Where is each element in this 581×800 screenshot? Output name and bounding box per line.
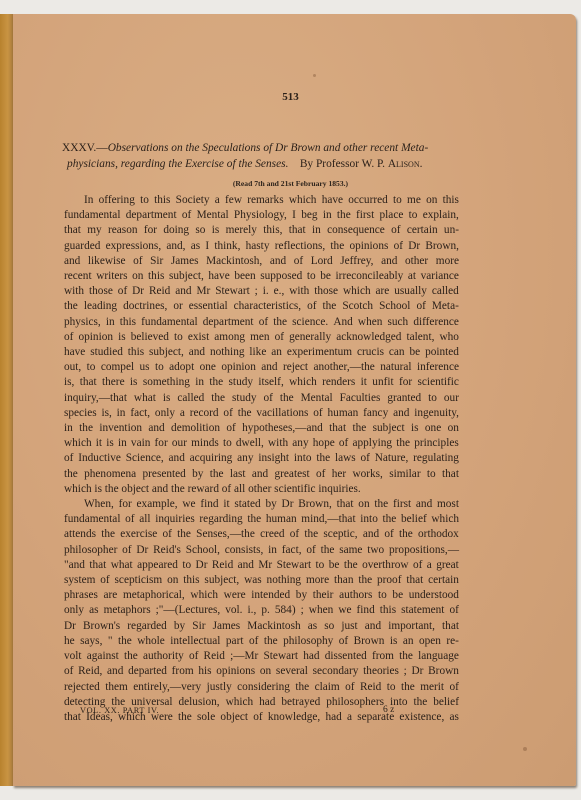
text-line: onlyasmetaphors;"—(Lectures,vol.i.,p.584…: [64, 603, 459, 618]
text-line: physics,inthisfundamentaldepartmentofthe…: [64, 315, 459, 330]
text-line: hesays,"thewholeintellectualpartofthephi…: [64, 634, 459, 649]
text-line: speciesis,infact,onlyarecordofthevacilla…: [64, 406, 459, 421]
text-line: whichitisinvainforourmindstodwell,withan…: [64, 436, 459, 451]
text-line: thephenomenapresentedbythelastandgreates…: [64, 467, 459, 482]
text-line: recentwritersonthissubject,havebeensuppo…: [64, 269, 459, 284]
text-line: guardedexpressions,and,asIthink,hastyref…: [64, 239, 459, 254]
text-line: withthoseofDrReidandMrStewart;i.e.,witht…: [64, 284, 459, 299]
text-line: ofReid,anddepartedfromhisopinionsonsever…: [64, 664, 459, 679]
text-line: andlikewiseofSirJamesMackintosh,andofLor…: [64, 254, 459, 269]
text-line: voltagainsttheauthorityofReid;—MrStewart…: [64, 649, 459, 664]
volume-footer: VOL. XX. PART IV.: [80, 706, 159, 715]
article-numeral: XXXV.—: [62, 142, 108, 154]
byline-prefix: By Professor W. P.: [300, 158, 388, 170]
text-line: attendstheexerciseoftheSenses,—thecreedo…: [64, 527, 459, 542]
title-line-2: physicians, regarding the Exercise of th…: [67, 158, 288, 170]
text-line: fundamentalofallinquiriesregardingthehum…: [64, 512, 459, 527]
text-line: thatmyreasonfordoingsoismerelythis,thati…: [64, 223, 459, 238]
text-line: DrBrown'sregardedbySirJamesMackintoshass…: [64, 619, 459, 634]
signature-mark: 6 z: [383, 705, 394, 715]
text-line: fundamentaldepartmentofMentalPhysiology,…: [64, 208, 459, 223]
article-title: XXXV.—Observations on the Speculations o…: [62, 140, 462, 172]
title-line-1: Observations on the Speculations of Dr B…: [108, 142, 429, 154]
text-line: theleadingdoctrines,oressentialcharacter…: [64, 299, 459, 314]
text-line: phrasesaremetaphorical,whichwereintended…: [64, 588, 459, 603]
text-line: rejectedthementirely,—veryjustlyconsider…: [64, 680, 459, 695]
body-text: InofferingtothisSocietyafewremarkswhichh…: [64, 193, 459, 725]
paper-stain: [523, 747, 527, 751]
text-line: which is the object and the reward of al…: [64, 482, 459, 497]
book-spine-edge: [0, 14, 13, 786]
read-date: (Read 7th and 21st February 1853.): [0, 179, 581, 188]
text-line: "andthatwhatappearedtoDrReidandMrStewart…: [64, 558, 459, 573]
text-line: philosopherofDrReid'sSchool,consists,inf…: [64, 543, 459, 558]
text-line: ofopinionisbelievedtoexistamongmenofgene…: [64, 330, 459, 345]
text-line: InofferingtothisSocietyafewremarkswhichh…: [64, 193, 459, 208]
text-line: intheinventionanddemolitionofhypotheses,…: [64, 421, 459, 436]
text-line: out,tocompelustoadoptoneopinionandreject…: [64, 360, 459, 375]
byline-end: .: [420, 158, 423, 170]
page-number: 513: [0, 91, 581, 103]
text-line: havestudiedthissubject,andnothinglikeane…: [64, 345, 459, 360]
text-line: systemofscepticismonthissubject,wasnothi…: [64, 573, 459, 588]
text-line: is,thatthereissomethinginthestudyitself,…: [64, 375, 459, 390]
text-line: inquiry,—thatwhatiscalledthestudyoftheMe…: [64, 391, 459, 406]
byline-author: Alison: [388, 158, 420, 170]
text-line: When,forexample,wefinditstatedbyDrBrown,…: [64, 497, 459, 512]
paper-stain: [313, 74, 316, 77]
text-line: ofInductiveScience,andacquiringanyinsigh…: [64, 451, 459, 466]
